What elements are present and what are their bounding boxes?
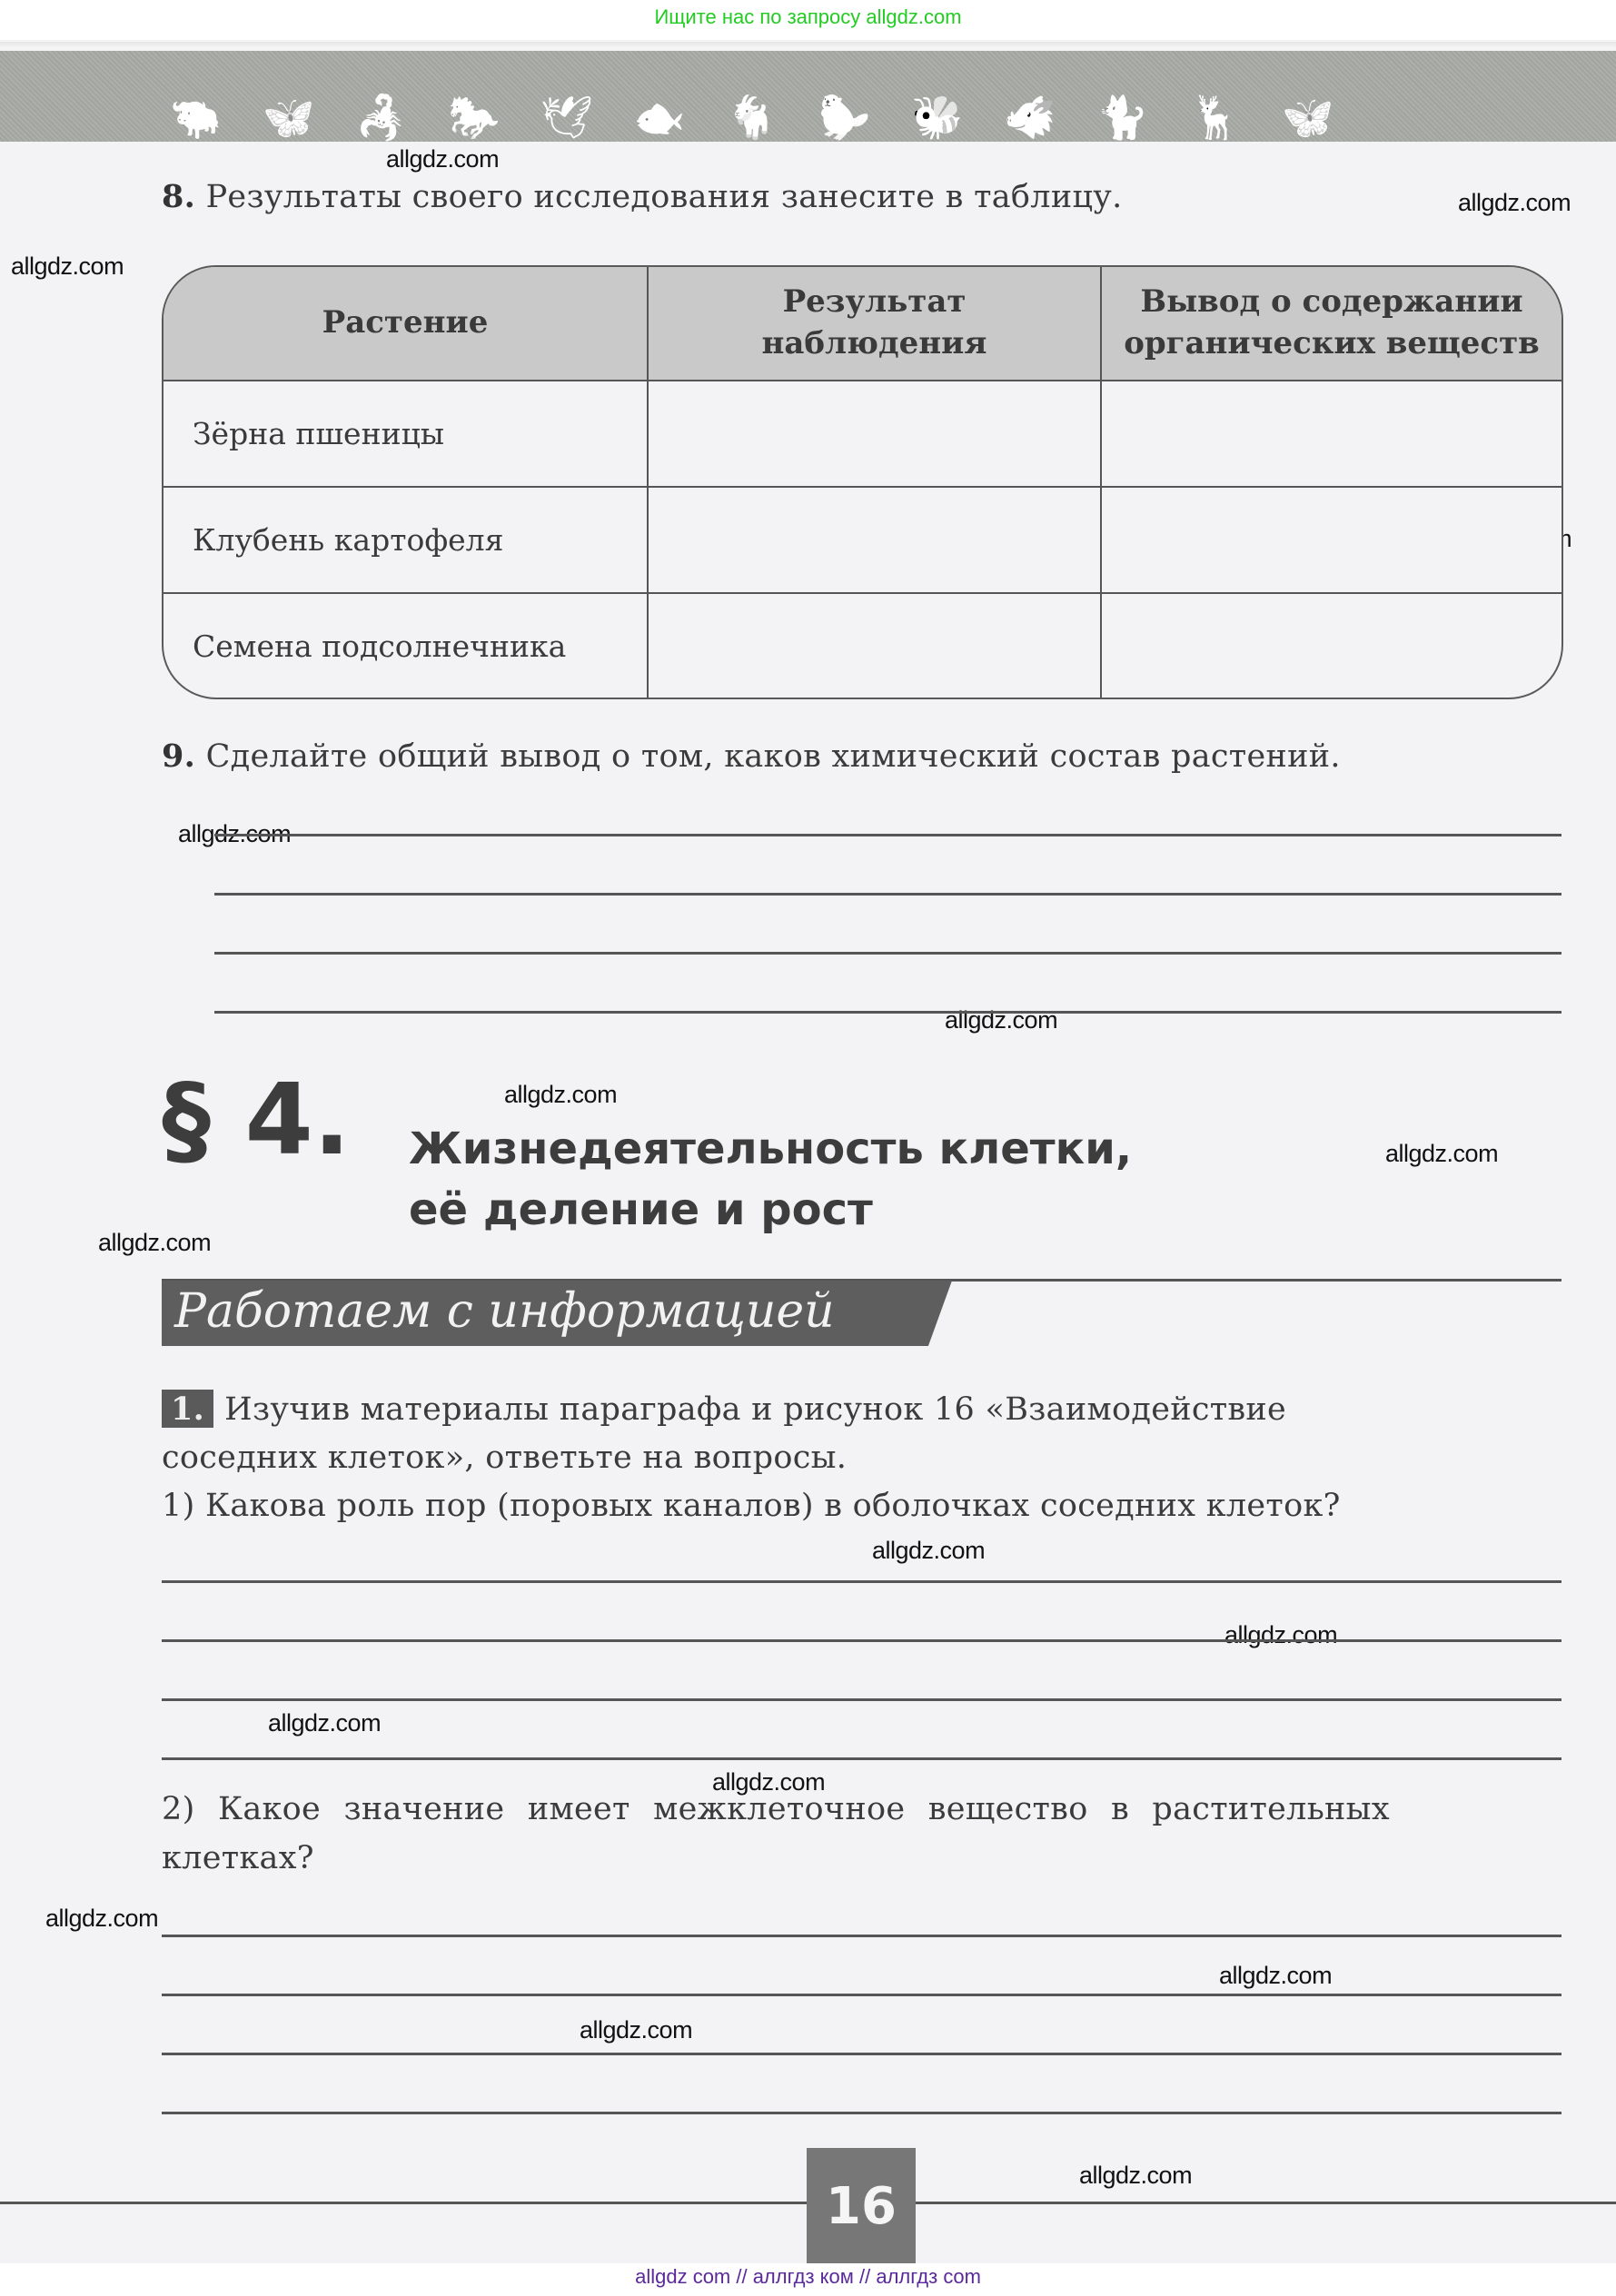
bird-icon: 🕊 [539, 96, 595, 142]
question-2-line-1: 2) Какое значение имеет межклеточное вещ… [162, 1791, 1390, 1827]
page-edge-shadow [0, 42, 1616, 49]
watermark: allgdz.com [45, 1905, 158, 1933]
section-number: § 4. [162, 1072, 351, 1170]
butterfly-icon: 🦋 [1280, 96, 1336, 142]
exercise-number-badge: 1. [162, 1390, 213, 1428]
watermark: allgdz.com [1224, 1621, 1337, 1649]
conclusion-cell[interactable] [1101, 487, 1561, 593]
watermark: allgdz.com [386, 145, 499, 173]
exercise-1-intro-line-1: Изучив материалы параграфа и рисунок 16 … [224, 1391, 1286, 1428]
result-cell[interactable] [648, 381, 1101, 487]
watermark: allgdz.com [268, 1709, 381, 1737]
exercise-1-intro-line-2: соседних клеток», ответьте на вопросы. [162, 1440, 847, 1476]
watermark: allgdz.com [580, 2016, 692, 2044]
conclusion-cell[interactable] [1101, 593, 1561, 698]
task-8-text: Результаты своего исследования занесите … [206, 179, 1123, 215]
horse-icon: 🐎 [446, 96, 502, 142]
answer-line[interactable] [162, 1757, 1561, 1760]
table-header-conclusion: Вывод о содержанииорганических веществ [1101, 267, 1561, 381]
search-promo-banner[interactable]: Ищите нас по запросу allgdz.com [0, 5, 1616, 33]
table-row: Клубень картофеля [164, 487, 1561, 593]
plant-name-cell: Клубень картофеля [164, 487, 648, 593]
answer-line[interactable] [162, 1935, 1561, 1937]
answer-line[interactable] [162, 1698, 1561, 1701]
task-8-number: 8. [162, 178, 195, 215]
meerkat-icon: 🦫 [817, 96, 873, 142]
task-9-text: Сделайте общий вывод о том, каков химиче… [206, 738, 1341, 775]
table-header-result: Результатнаблюдения [648, 267, 1101, 381]
plant-name-cell: Семена подсолнечника [164, 593, 648, 698]
answer-line[interactable] [162, 1639, 1561, 1642]
answer-line[interactable] [162, 1994, 1561, 1996]
watermark: allgdz.com [504, 1081, 617, 1109]
scorpion-icon: 🦂 [353, 96, 410, 142]
table-header-result-text: Результатнаблюдения [649, 282, 1099, 365]
fish-icon: 🐟 [631, 96, 688, 142]
watermark: allgdz.com [1219, 1962, 1332, 1990]
results-table: Растение Результатнаблюдения Вывод о сод… [162, 265, 1563, 699]
watermark: allgdz.com [872, 1537, 985, 1565]
watermark: allgdz.com [1385, 1140, 1498, 1168]
table-row: Семена подсолнечника [164, 593, 1561, 698]
answer-line[interactable] [214, 834, 1561, 836]
question-1: 1) Какова роль пор (поровых каналов) в о… [162, 1488, 1341, 1524]
answer-line[interactable] [214, 952, 1561, 955]
answer-line[interactable] [162, 2112, 1561, 2114]
butterfly-icon: 🦋 [261, 96, 317, 142]
answer-line[interactable] [162, 1580, 1561, 1583]
exercise-1-intro: 1.Изучив материалы параграфа и рисунок 1… [162, 1390, 1286, 1428]
section-title-line-2: её деление и рост [409, 1180, 1132, 1241]
bottom-promo-banner[interactable]: allgdz com // аллгдз ком // аллгдз com [0, 2263, 1616, 2296]
watermark: allgdz.com [98, 1229, 211, 1257]
cat-icon: 🐈 [1095, 96, 1151, 142]
result-cell[interactable] [648, 487, 1101, 593]
task-8-heading: 8. Результаты своего исследования занеси… [162, 178, 1123, 215]
banner-title: Работаем с информацией [174, 1284, 835, 1339]
watermark: allgdz.com [1458, 189, 1571, 217]
table-row: Зёрна пшеницы [164, 381, 1561, 487]
boar-icon: 🐗 [1002, 96, 1058, 142]
task-9-number: 9. [162, 737, 195, 775]
answer-line[interactable] [162, 2053, 1561, 2055]
conclusion-cell[interactable] [1101, 381, 1561, 487]
animal-header-band: 🐃🦋🦂🐎🕊🐟🐐🦫🐝🐗🐈🦌🦋 [0, 51, 1616, 142]
answer-line[interactable] [214, 893, 1561, 896]
answer-line[interactable] [214, 1011, 1561, 1014]
question-2-line-2: клетках? [162, 1840, 314, 1876]
plant-name-cell: Зёрна пшеницы [164, 381, 648, 487]
table-header-plant: Растение [164, 267, 648, 381]
flower-insect-icon: 🐝 [909, 96, 966, 142]
section-title-line-1: Жизнедеятельность клетки, [409, 1119, 1132, 1180]
watermark: allgdz.com [11, 252, 124, 281]
working-with-info-banner: Работаем с информацией [162, 1281, 952, 1346]
table-header-conclusion-text: Вывод о содержанииорганических веществ [1103, 282, 1561, 365]
bison-icon: 🐃 [168, 96, 224, 142]
task-9-heading: 9. Сделайте общий вывод о том, каков хим… [162, 737, 1341, 775]
watermark: allgdz.com [1079, 2162, 1192, 2190]
result-cell[interactable] [648, 593, 1101, 698]
goat-icon: 🐐 [724, 96, 780, 142]
section-title: Жизнедеятельность клетки, её деление и р… [409, 1119, 1132, 1241]
page-number: 16 [807, 2148, 916, 2264]
antelope-icon: 🦌 [1187, 96, 1244, 142]
